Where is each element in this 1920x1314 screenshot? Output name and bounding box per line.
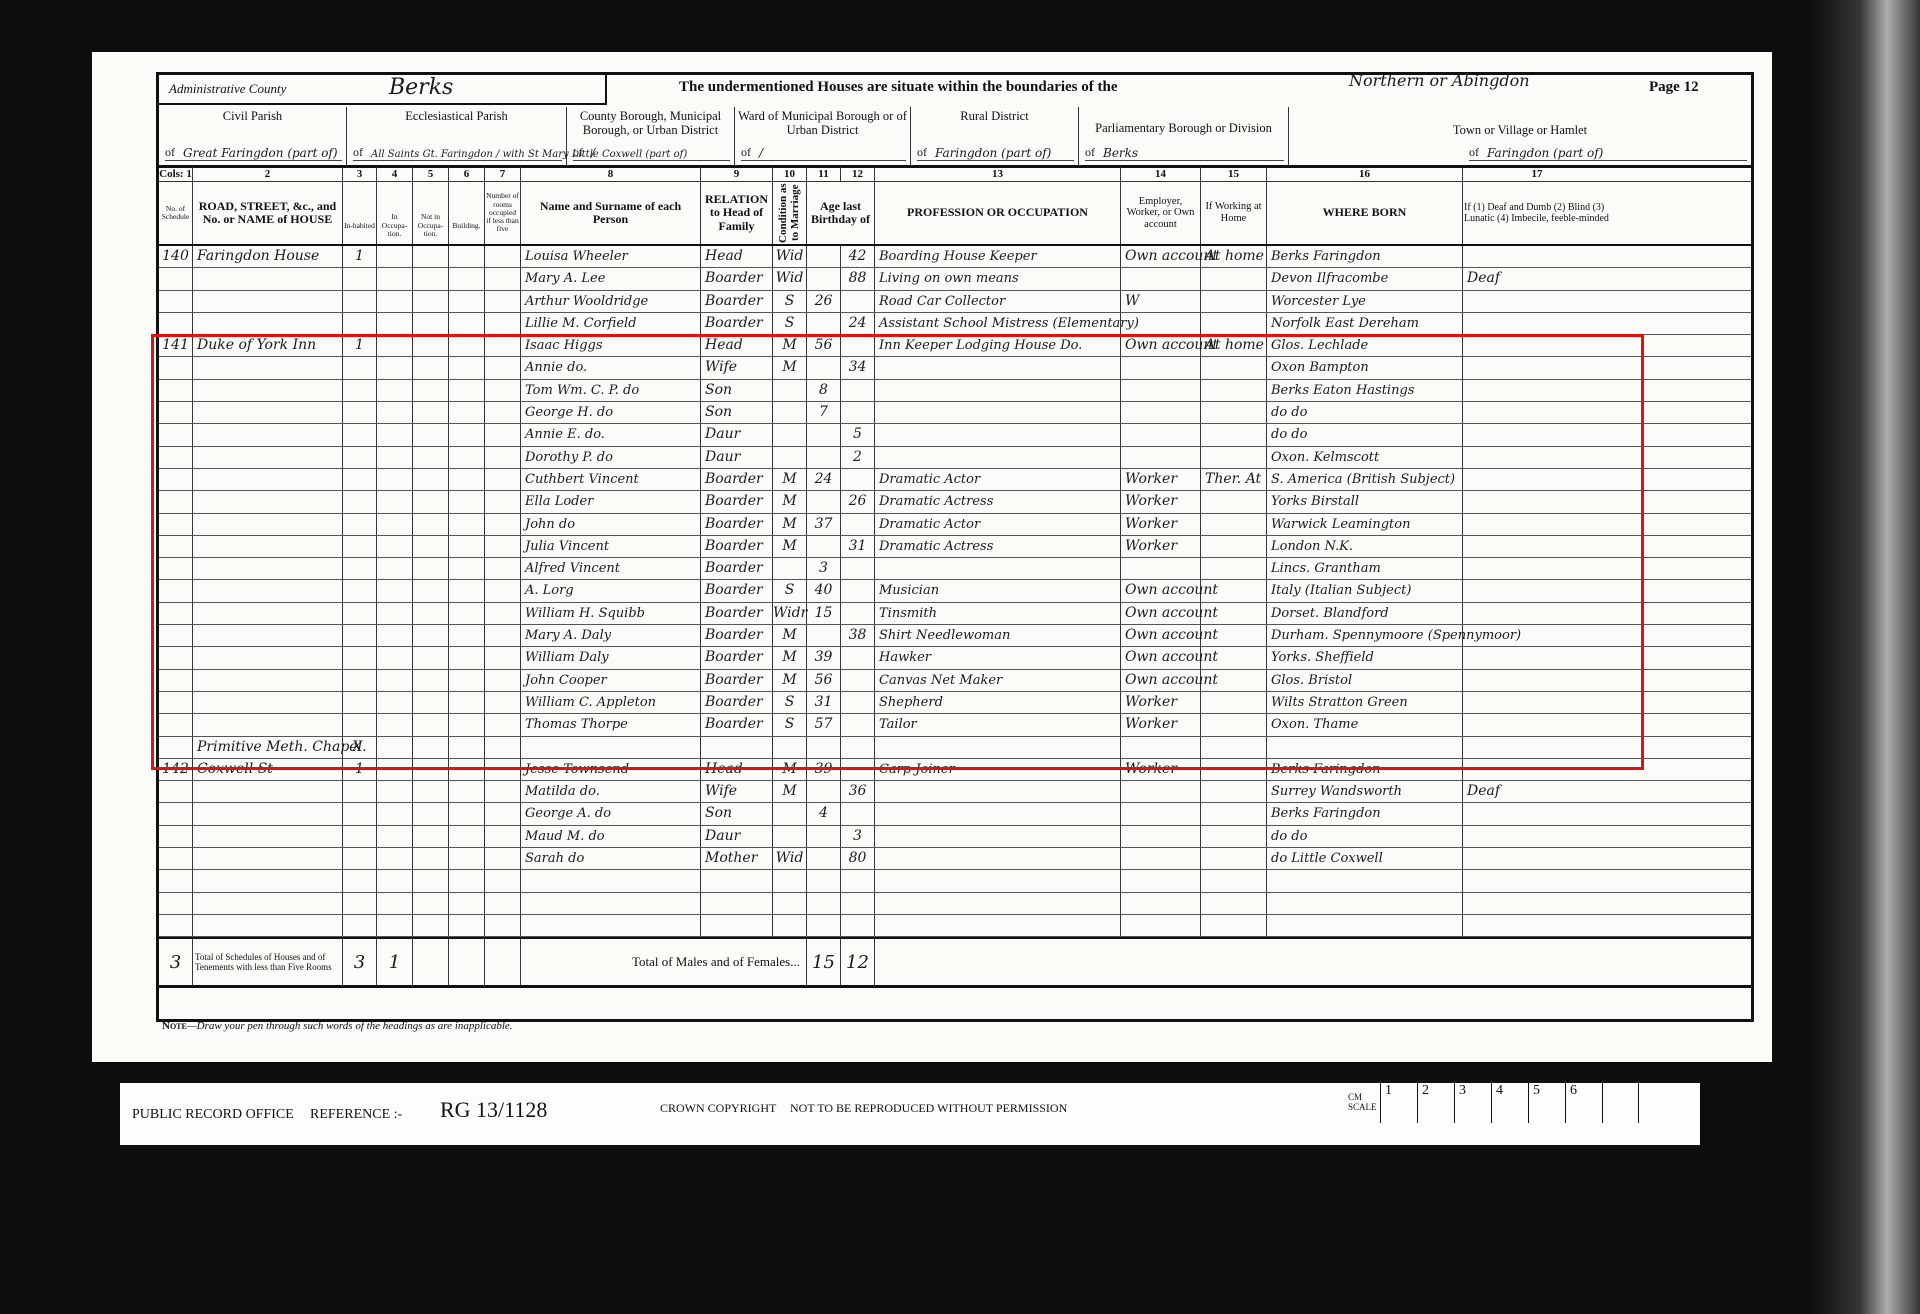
cell-empty — [377, 514, 413, 535]
cell-empty — [449, 447, 485, 468]
cell-inhabited — [343, 803, 377, 824]
cell-home — [1201, 759, 1267, 780]
cell-inhabited — [343, 291, 377, 312]
cell-occupation: Hawker — [875, 647, 1121, 668]
cell-born: do do — [1267, 402, 1463, 423]
cell-road — [193, 558, 343, 579]
cell-empty — [485, 536, 521, 557]
cell-inhabited — [343, 625, 377, 646]
table-row: John doBoarderM37Dramatic ActorWorkerWar… — [159, 514, 1751, 536]
table-row: Maud M. doDaur3do do — [159, 826, 1751, 848]
cell-name — [521, 737, 701, 758]
cell-schedule: 141 — [159, 335, 193, 356]
admin-county-box: Administrative County Berks — [159, 75, 607, 105]
cell-infirmity — [1463, 670, 1611, 691]
table-row: Mary A. LeeBoarderWid88Living on own mea… — [159, 268, 1751, 290]
cell-male-age: 7 — [807, 402, 841, 423]
cell-occupation: Dramatic Actor — [875, 469, 1121, 490]
cell-male-age — [807, 357, 841, 378]
cell-male-age — [807, 737, 841, 758]
cell-female-age: 34 — [841, 357, 875, 378]
cell-male-age — [807, 848, 841, 869]
cell-empty — [485, 291, 521, 312]
cell-inhabited — [343, 692, 377, 713]
cell-name: Annie E. do. — [521, 424, 701, 445]
cell-name: William H. Squibb — [521, 603, 701, 624]
table-row: Mary A. DalyBoarderM38Shirt NeedlewomanO… — [159, 625, 1751, 647]
region-ecclesiastical-parish: Ecclesiastical Parish ofAll Saints Gt. F… — [347, 107, 567, 165]
cell-name: Mary A. Lee — [521, 268, 701, 289]
cell-relation: Head — [701, 759, 773, 780]
cell-name: A. Lorg — [521, 580, 701, 601]
cell-condition: S — [773, 580, 807, 601]
cell-inhabited — [343, 870, 377, 891]
cell-infirmity — [1463, 848, 1611, 869]
cell-empty — [413, 759, 449, 780]
cell-employer — [1121, 737, 1201, 758]
table-row: Alfred VincentBoarder3Lincs. Grantham — [159, 558, 1751, 580]
cell-empty — [413, 781, 449, 802]
table-row: 140Faringdon House1Louisa WheelerHeadWid… — [159, 246, 1751, 268]
cell-male-age: 31 — [807, 692, 841, 713]
cell-empty — [449, 580, 485, 601]
cell-infirmity — [1463, 870, 1611, 891]
cell-empty — [413, 491, 449, 512]
cell-infirmity — [1463, 313, 1611, 334]
cell-born: Durham. Spennymoore (Spennymoor) — [1267, 625, 1463, 646]
cell-name: Matilda do. — [521, 781, 701, 802]
cell-employer — [1121, 870, 1201, 891]
cell-empty — [485, 893, 521, 914]
cell-male-age: 15 — [807, 603, 841, 624]
cell-schedule: 140 — [159, 246, 193, 267]
cell-relation: Son — [701, 380, 773, 401]
cell-road — [193, 357, 343, 378]
cell-road — [193, 647, 343, 668]
cell-male-age: 3 — [807, 558, 841, 579]
cell-female-age — [841, 647, 875, 668]
cell-inhabited — [343, 781, 377, 802]
table-row — [159, 893, 1751, 915]
cell-home — [1201, 514, 1267, 535]
cell-born: Warwick Leamington — [1267, 514, 1463, 535]
cell-name: Maud M. do — [521, 826, 701, 847]
cell-female-age — [841, 291, 875, 312]
cell-home — [1201, 803, 1267, 824]
cell-female-age: 3 — [841, 826, 875, 847]
cell-empty — [449, 781, 485, 802]
cell-empty — [377, 268, 413, 289]
cell-empty — [449, 402, 485, 423]
cell-condition: M — [773, 670, 807, 691]
cell-schedule — [159, 826, 193, 847]
cell-female-age — [841, 335, 875, 356]
cell-empty — [449, 357, 485, 378]
cell-empty — [485, 514, 521, 535]
cell-empty — [485, 268, 521, 289]
cell-female-age: 36 — [841, 781, 875, 802]
cell-inhabited — [343, 580, 377, 601]
cell-road — [193, 447, 343, 468]
cell-empty — [413, 335, 449, 356]
cell-empty — [449, 536, 485, 557]
cell-home — [1201, 268, 1267, 289]
cell-condition — [773, 424, 807, 445]
table-row: Julia VincentBoarderM31Dramatic ActressW… — [159, 536, 1751, 558]
cell-road — [193, 714, 343, 735]
total-females: 12 — [841, 939, 875, 985]
footer-reference-label: REFERENCE :- — [310, 1107, 402, 1123]
cell-empty — [485, 870, 521, 891]
footer-scale-label: CM SCALE — [1348, 1093, 1378, 1113]
cell-infirmity — [1463, 580, 1611, 601]
total-inhabited: 3 — [343, 939, 377, 985]
cell-born: do Little Coxwell — [1267, 848, 1463, 869]
boundary-regions: Civil Parish ofGreat Faringdon (part of)… — [159, 107, 1751, 168]
cell-empty — [377, 781, 413, 802]
region-value: ofBerks — [1085, 146, 1284, 161]
cell-empty — [485, 915, 521, 936]
cell-relation — [701, 915, 773, 936]
cell-born: Berks Eaton Hastings — [1267, 380, 1463, 401]
cell-employer: Own account — [1121, 625, 1201, 646]
cell-empty — [449, 692, 485, 713]
cell-empty — [485, 469, 521, 490]
census-table: Cols: 1 2 3 4 5 6 7 8 9 10 11 12 13 14 1… — [159, 167, 1751, 988]
cell-name: Tom Wm. C. P. do — [521, 380, 701, 401]
cell-condition: S — [773, 291, 807, 312]
cell-home — [1201, 313, 1267, 334]
cell-empty — [449, 737, 485, 758]
cell-occupation — [875, 893, 1121, 914]
cell-relation: Boarder — [701, 692, 773, 713]
cell-empty — [449, 491, 485, 512]
cell-empty — [485, 625, 521, 646]
cm-scale: 1 2 3 4 5 6 — [1380, 1083, 1639, 1123]
cell-born: Oxon Bampton — [1267, 357, 1463, 378]
cell-empty — [377, 826, 413, 847]
cell-empty — [449, 603, 485, 624]
cell-born: Berks Faringdon — [1267, 759, 1463, 780]
cell-inhabited — [343, 402, 377, 423]
cell-empty — [377, 603, 413, 624]
region-value: ofGreat Faringdon (part of) — [165, 146, 342, 161]
cell-empty — [485, 580, 521, 601]
cell-born: Lincs. Grantham — [1267, 558, 1463, 579]
cell-occupation — [875, 357, 1121, 378]
cell-born — [1267, 870, 1463, 891]
cell-name: Louisa Wheeler — [521, 246, 701, 267]
table-row: Thomas ThorpeBoarderS57TailorWorkerOxon.… — [159, 714, 1751, 736]
cell-empty — [485, 803, 521, 824]
cell-condition: M — [773, 357, 807, 378]
cell-occupation — [875, 848, 1121, 869]
cell-name: Mary A. Daly — [521, 625, 701, 646]
region-county-borough: County Borough, Municipal Borough, or Ur… — [567, 107, 735, 165]
table-row: William H. SquibbBoarderWidr15TinsmithOw… — [159, 603, 1751, 625]
cell-inhabited — [343, 893, 377, 914]
cell-infirmity — [1463, 893, 1611, 914]
cell-empty — [449, 893, 485, 914]
cell-empty — [485, 848, 521, 869]
cell-road — [193, 848, 343, 869]
cell-infirmity — [1463, 603, 1611, 624]
cell-born: Glos. Bristol — [1267, 670, 1463, 691]
table-row: Sarah doMotherWid80do Little Coxwell — [159, 848, 1751, 870]
cell-empty — [377, 915, 413, 936]
cell-road — [193, 625, 343, 646]
form-note: Note—Draw your pen through such words of… — [162, 1020, 513, 1032]
table-row: Tom Wm. C. P. doSon8Berks Eaton Hastings — [159, 380, 1751, 402]
cell-empty — [413, 558, 449, 579]
cell-empty — [449, 759, 485, 780]
cell-inhabited — [343, 848, 377, 869]
cell-born: Berks Faringdon — [1267, 246, 1463, 267]
cell-infirmity — [1463, 647, 1611, 668]
cell-road — [193, 402, 343, 423]
region-town: Town or Village or Hamlet ofFaringdon (p… — [1289, 107, 1751, 165]
cell-relation — [701, 870, 773, 891]
cell-condition: M — [773, 536, 807, 557]
column-numbers: Cols: 1 2 3 4 5 6 7 8 9 10 11 12 13 14 1… — [159, 167, 1751, 182]
cell-occupation: Shepherd — [875, 692, 1121, 713]
table-row: Lillie M. CorfieldBoarderS24Assistant Sc… — [159, 313, 1751, 335]
cell-infirmity — [1463, 714, 1611, 735]
cell-name: Sarah do — [521, 848, 701, 869]
cell-employer — [1121, 558, 1201, 579]
cell-empty — [413, 469, 449, 490]
cell-empty — [413, 893, 449, 914]
cell-female-age — [841, 759, 875, 780]
cell-occupation: Dramatic Actress — [875, 491, 1121, 512]
cell-relation: Boarder — [701, 558, 773, 579]
cell-road — [193, 514, 343, 535]
cell-inhabited — [343, 514, 377, 535]
table-row: Annie E. do.Daur5do do — [159, 424, 1751, 446]
cell-name: Ella Loder — [521, 491, 701, 512]
cell-employer — [1121, 268, 1201, 289]
cell-home — [1201, 291, 1267, 312]
cell-schedule — [159, 670, 193, 691]
cell-empty — [413, 246, 449, 267]
footer-office: PUBLIC RECORD OFFICE — [132, 1107, 294, 1123]
cell-name: Thomas Thorpe — [521, 714, 701, 735]
cell-home — [1201, 893, 1267, 914]
cell-employer — [1121, 313, 1201, 334]
cell-empty — [377, 291, 413, 312]
cell-road: Primitive Meth. Chapel — [193, 737, 343, 758]
cell-occupation — [875, 870, 1121, 891]
cell-empty — [449, 915, 485, 936]
cell-empty — [377, 469, 413, 490]
cell-male-age: 24 — [807, 469, 841, 490]
cell-empty — [485, 357, 521, 378]
cell-schedule — [159, 447, 193, 468]
cell-female-age: 26 — [841, 491, 875, 512]
cell-condition — [773, 402, 807, 423]
cell-relation: Boarder — [701, 714, 773, 735]
cell-condition: M — [773, 469, 807, 490]
cell-inhabited: 1 — [343, 246, 377, 267]
cell-relation: Boarder — [701, 670, 773, 691]
cell-born: Norfolk East Dereham — [1267, 313, 1463, 334]
cell-inhabited — [343, 826, 377, 847]
cell-born: Oxon. Thame — [1267, 714, 1463, 735]
cell-relation: Boarder — [701, 469, 773, 490]
cell-road — [193, 915, 343, 936]
total-males: 15 — [807, 939, 841, 985]
cell-employer: Worker — [1121, 469, 1201, 490]
cell-home — [1201, 781, 1267, 802]
cell-infirmity — [1463, 491, 1611, 512]
cell-schedule — [159, 536, 193, 557]
cell-female-age — [841, 558, 875, 579]
cell-female-age — [841, 402, 875, 423]
cell-employer — [1121, 893, 1201, 914]
cell-inhabited — [343, 670, 377, 691]
cell-employer — [1121, 826, 1201, 847]
cell-schedule — [159, 558, 193, 579]
region-label: Rural District — [911, 109, 1078, 123]
cell-employer: Own account — [1121, 580, 1201, 601]
cell-empty — [377, 491, 413, 512]
cell-relation: Boarder — [701, 647, 773, 668]
cell-inhabited — [343, 469, 377, 490]
cell-male-age: 56 — [807, 670, 841, 691]
cell-empty — [377, 647, 413, 668]
cell-infirmity — [1463, 380, 1611, 401]
cell-empty — [485, 313, 521, 334]
region-value: ofAll Saints Gt. Faringdon / with St Mar… — [353, 149, 562, 161]
cell-inhabited — [343, 603, 377, 624]
cell-female-age: 2 — [841, 447, 875, 468]
cell-inhabited — [343, 380, 377, 401]
cell-female-age — [841, 870, 875, 891]
cell-female-age — [841, 714, 875, 735]
total-schedules: 3 — [159, 939, 193, 985]
cell-empty — [377, 424, 413, 445]
cell-male-age — [807, 491, 841, 512]
cell-empty — [413, 357, 449, 378]
cell-male-age: 39 — [807, 647, 841, 668]
cell-employer: Own account — [1121, 670, 1201, 691]
cell-empty — [377, 848, 413, 869]
cell-inhabited — [343, 714, 377, 735]
cell-road — [193, 291, 343, 312]
table-row: 141Duke of York Inn1Isaac HiggsHeadM56In… — [159, 335, 1751, 357]
cell-born: Worcester Lye — [1267, 291, 1463, 312]
cell-employer — [1121, 424, 1201, 445]
cell-infirmity — [1463, 915, 1611, 936]
cell-empty — [413, 291, 449, 312]
cell-born: Oxon. Kelmscott — [1267, 447, 1463, 468]
total-males-females-label: Total of Males and of Females... — [521, 939, 807, 985]
cell-empty — [449, 291, 485, 312]
table-row: Cuthbert VincentBoarderM24Dramatic Actor… — [159, 469, 1751, 491]
cell-condition: Wid — [773, 268, 807, 289]
parliamentary-division-name: Northern or Abingdon — [1349, 71, 1530, 90]
cell-empty — [449, 246, 485, 267]
cell-empty — [413, 447, 449, 468]
cell-infirmity: Deaf — [1463, 781, 1611, 802]
cell-employer — [1121, 402, 1201, 423]
cell-inhabited: 1 — [343, 335, 377, 356]
cell-occupation — [875, 803, 1121, 824]
cell-condition: M — [773, 647, 807, 668]
cell-occupation: Inn Keeper Lodging House Do. — [875, 335, 1121, 356]
cell-male-age: 4 — [807, 803, 841, 824]
cell-home — [1201, 380, 1267, 401]
cell-schedule — [159, 514, 193, 535]
cell-relation: Boarder — [701, 514, 773, 535]
cell-empty — [413, 268, 449, 289]
cell-inhabited — [343, 268, 377, 289]
cell-employer: Own account — [1121, 246, 1201, 267]
cell-occupation — [875, 737, 1121, 758]
cell-relation: Daur — [701, 826, 773, 847]
cell-employer: W — [1121, 291, 1201, 312]
cell-condition — [773, 870, 807, 891]
cell-female-age — [841, 915, 875, 936]
cell-empty — [485, 737, 521, 758]
cell-empty — [377, 737, 413, 758]
cell-inhabited — [343, 491, 377, 512]
cell-employer — [1121, 803, 1201, 824]
cell-name: John Cooper — [521, 670, 701, 691]
cell-condition — [773, 803, 807, 824]
cell-male-age: 8 — [807, 380, 841, 401]
region-ward: Ward of Municipal Borough or of Urban Di… — [735, 107, 911, 165]
cell-schedule — [159, 491, 193, 512]
cell-schedule — [159, 402, 193, 423]
cell-empty — [377, 246, 413, 267]
cell-empty — [413, 714, 449, 735]
cell-home: At home — [1201, 246, 1267, 267]
cell-home — [1201, 848, 1267, 869]
cell-empty — [485, 714, 521, 735]
region-label: Town or Village or Hamlet — [1289, 123, 1751, 137]
region-rural-district: Rural District ofFaringdon (part of) — [911, 107, 1079, 165]
cell-home: Ther. At — [1201, 469, 1267, 490]
cell-born: Glos. Lechlade — [1267, 335, 1463, 356]
cell-born: Italy (Italian Subject) — [1267, 580, 1463, 601]
cell-schedule — [159, 737, 193, 758]
cell-empty — [413, 803, 449, 824]
cell-schedule — [159, 603, 193, 624]
cell-empty — [377, 335, 413, 356]
cell-female-age — [841, 380, 875, 401]
cell-infirmity — [1463, 335, 1611, 356]
cell-road: Faringdon House — [193, 246, 343, 267]
cell-born — [1267, 737, 1463, 758]
cell-road — [193, 536, 343, 557]
cell-female-age — [841, 514, 875, 535]
cell-empty — [485, 781, 521, 802]
cell-empty — [449, 826, 485, 847]
cell-female-age: 24 — [841, 313, 875, 334]
cell-road: Duke of York Inn — [193, 335, 343, 356]
cell-male-age: 26 — [807, 291, 841, 312]
cell-empty — [413, 737, 449, 758]
cell-schedule — [159, 313, 193, 334]
cell-condition: Widr — [773, 603, 807, 624]
region-civil-parish: Civil Parish ofGreat Faringdon (part of) — [159, 107, 347, 165]
cell-relation: Daur — [701, 447, 773, 468]
cell-born: do do — [1267, 424, 1463, 445]
total-schedules-label: Total of Schedules of Houses and of Tene… — [193, 939, 343, 985]
cell-female-age: 31 — [841, 536, 875, 557]
cell-condition — [773, 915, 807, 936]
